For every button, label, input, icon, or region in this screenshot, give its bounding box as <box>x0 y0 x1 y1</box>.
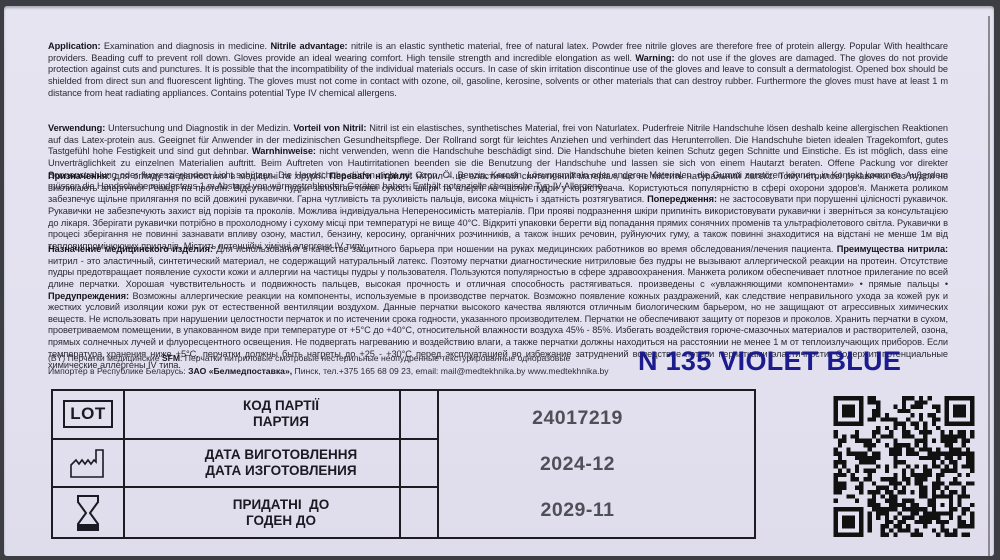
factory-icon <box>69 447 107 479</box>
manufacture-label-ru: ДАТА ИЗГОТОВЛЕНИЯ <box>205 463 356 479</box>
manufacture-label-cell: ДАТА ВИГОТОВЛЕННЯ ДАТА ИЗГОТОВЛЕНИЯ <box>125 440 437 489</box>
importer-info: (BY) Перчатки медицинские SFM: Перчатки … <box>48 352 648 377</box>
lot-label-cell: КОД ПАРТІЇ ПАРТИЯ <box>125 391 437 440</box>
lot-label-uk: КОД ПАРТІЇ <box>243 398 319 414</box>
lot-symbol-cell: LOT <box>53 391 125 440</box>
lot-icon: LOT <box>63 400 113 428</box>
expiry-label-ru: ГОДЕН ДО <box>246 513 316 529</box>
package-label-panel: Application: Examination and diagnosis i… <box>4 6 994 556</box>
expiry-label-uk: ПРИДАТНІ ДО <box>233 497 329 513</box>
lot-label-ru: ПАРТИЯ <box>253 414 309 430</box>
expiry-label-cell: ПРИДАТНІ ДО ГОДЕН ДО <box>125 488 437 537</box>
manufacture-label-uk: ДАТА ВИГОТОВЛЕННЯ <box>205 447 358 463</box>
paragraph-english: Application: Examination and diagnosis i… <box>48 41 948 99</box>
product-description-line: (BY) Перчатки медицинские SFM: Перчатки … <box>48 352 648 365</box>
importer-contact-line: Импортёр в Республике Беларусь: ЗАО «Бел… <box>48 365 648 378</box>
symbols-table: LOT КОД ПАРТІЇ ПАРТИЯ ДАТА ВИГОТОВЛЕННЯ … <box>51 389 439 539</box>
manufacture-date: 2024-12 <box>540 453 615 476</box>
lot-number: 24017219 <box>532 407 623 430</box>
hourglass-icon <box>75 494 101 532</box>
manufacture-symbol-cell <box>53 440 125 489</box>
expiry-symbol-cell <box>53 488 125 537</box>
values-box: 24017219 2024-12 2029-11 <box>399 389 756 539</box>
product-name: N 135 VIOLET BLUE <box>638 346 901 377</box>
box-edge <box>988 16 990 556</box>
paragraph-ukrainian: Призначення: для огляду та діагностики в… <box>48 171 948 252</box>
expiry-date: 2029-11 <box>541 499 615 522</box>
qr-code[interactable] <box>832 396 976 537</box>
